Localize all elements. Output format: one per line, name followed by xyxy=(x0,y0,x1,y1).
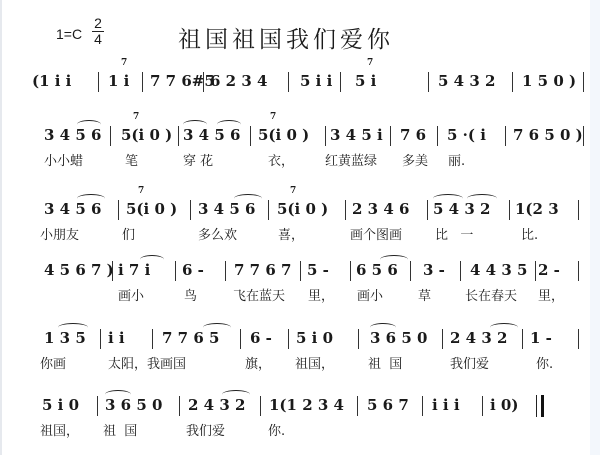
lyric-text: 祖 国 xyxy=(103,420,137,439)
measure-notes: (1 i i xyxy=(32,70,71,92)
measure-notes: 2 3 4 6 xyxy=(352,198,409,220)
notation-line: 5 i 03 6 5 02 4 3 21(1 2 3 45 6 7i i ii … xyxy=(0,394,590,420)
measure-notes: 5(i 0 ) xyxy=(121,124,172,146)
lyric-text: 喜， xyxy=(278,224,304,243)
lyric-text: 多美 xyxy=(402,150,428,169)
song-title: 祖国祖国我们爱你 xyxy=(178,21,394,54)
lyric-text: 丽. xyxy=(448,150,465,169)
lyrics-line: 小朋友们多么欢喜，画个图画比 一比. xyxy=(0,224,590,244)
end-barline xyxy=(583,72,584,92)
measure-notes: 7 6 xyxy=(400,124,426,146)
barline xyxy=(100,329,101,349)
measure-notes: i i i xyxy=(432,394,460,416)
lyric-text: 小朋友 xyxy=(40,224,79,243)
lyric-text: 比 一 xyxy=(435,224,473,243)
barline xyxy=(427,200,428,220)
barline xyxy=(422,396,423,416)
lyric-text: 比. xyxy=(521,224,538,243)
barline xyxy=(250,126,251,146)
barline xyxy=(112,261,113,281)
barline xyxy=(512,72,513,92)
measure-notes: i 0) xyxy=(490,394,518,416)
barline xyxy=(350,261,351,281)
grace-note: 7 xyxy=(270,112,276,122)
lyrics-line: 小小蜡笔穿 花衣，红黄蓝绿多美丽. xyxy=(0,150,590,170)
lyric-text: 衣， xyxy=(268,150,294,169)
slur-arc xyxy=(105,390,131,399)
lyric-text: 画个图画 xyxy=(350,224,402,243)
key-signature: 1=C xyxy=(56,26,82,42)
lyric-text: 太阳，我画国 xyxy=(108,353,186,372)
measure-notes: 5 i 0 xyxy=(42,394,79,416)
barline xyxy=(358,329,359,349)
measure-notes: 2 - xyxy=(538,259,560,281)
lyric-text: 画小 xyxy=(357,285,383,304)
measure-notes: 4 5 6 7 ) xyxy=(44,259,114,281)
barline xyxy=(178,126,179,146)
barline xyxy=(345,200,346,220)
lyrics-line: 祖国，祖 国我们爱你. xyxy=(0,420,590,440)
barline xyxy=(442,329,443,349)
measure-notes: 7 7 6#5 xyxy=(150,70,215,92)
measure-notes: 5 ·( i xyxy=(447,124,486,146)
final-double-barline xyxy=(536,395,544,417)
lyric-text: 我们爱 xyxy=(186,420,225,439)
notation-line: 3 4 5 65(i 0 )3 4 5 65(i 0 )2 3 4 65 4 3… xyxy=(0,198,590,224)
slur-arc xyxy=(217,120,241,129)
barline xyxy=(410,261,411,281)
barline xyxy=(428,72,429,92)
barline xyxy=(325,126,326,146)
measure-notes: 6 - xyxy=(250,327,272,349)
slur-arc xyxy=(370,323,396,332)
right-margin-band xyxy=(590,0,600,455)
lyric-text: 笔 xyxy=(125,150,138,169)
measure-notes: 5 - xyxy=(307,259,329,281)
barline xyxy=(340,72,341,92)
slur-arc xyxy=(467,194,497,203)
barline xyxy=(98,72,99,92)
end-barline xyxy=(583,126,584,146)
slur-arc xyxy=(433,194,463,203)
barline xyxy=(240,329,241,349)
lyric-text: 你画 xyxy=(40,353,66,372)
slur-arc xyxy=(77,120,101,129)
measure-notes: 1 i xyxy=(108,70,129,92)
lyrics-line: 画小鸟飞在蓝天里，画小草长在春天里， xyxy=(0,285,590,305)
barline xyxy=(179,396,180,416)
barline xyxy=(288,72,289,92)
slur-arc xyxy=(234,194,262,203)
notation-line: 4 5 6 7 )i 7 i6 -7 7 6 75 -6 5 63 -4 4 3… xyxy=(0,259,590,285)
measure-notes: 5 i 0 xyxy=(296,327,333,349)
lyric-text: 画小 xyxy=(118,285,144,304)
measure-notes: 6 2 3 4 xyxy=(210,70,267,92)
barline xyxy=(509,200,510,220)
barline xyxy=(225,261,226,281)
measure-notes: 1(2 3 xyxy=(515,198,559,220)
barline xyxy=(190,200,191,220)
lyric-text: 多么欢 xyxy=(198,224,237,243)
barline xyxy=(288,329,289,349)
measure-notes: 3 4 5 i xyxy=(330,124,383,146)
lyric-text: 祖国， xyxy=(295,353,334,372)
measure-notes: 5(i 0 ) xyxy=(258,124,309,146)
time-signature: 2 4 xyxy=(91,16,105,47)
barline xyxy=(152,329,153,349)
time-signature-numerator: 2 xyxy=(94,15,102,31)
lyric-text: 我们爱 xyxy=(450,353,489,372)
grace-note: 7 xyxy=(133,112,139,122)
barline xyxy=(437,126,438,146)
measure-notes: 5 4 3 2 xyxy=(438,70,495,92)
measure-notes: 7 6 5 0 ) xyxy=(513,124,583,146)
end-barline xyxy=(578,200,579,220)
barline xyxy=(110,126,111,146)
measure-notes: 4 4 3 5 xyxy=(470,259,527,281)
lyric-text: 里， xyxy=(308,285,334,304)
measure-notes: i i xyxy=(108,327,125,349)
slur-arc xyxy=(203,323,231,332)
barline xyxy=(522,329,523,349)
lyric-text: 红黄蓝绿 xyxy=(325,150,377,169)
barline xyxy=(300,261,301,281)
lyrics-line: 你画太阳，我画国旗，祖国，祖 国我们爱你. xyxy=(0,353,590,373)
measure-notes: 1(1 2 3 4 xyxy=(269,394,344,416)
notation-line: (1 i i1 i7 7 6#56 2 3 45 i i5 i5 4 3 21 … xyxy=(0,70,590,96)
barline xyxy=(97,396,98,416)
notation-line: 1 3 5i i7 7 6 56 -5 i 03 6 5 02 4 3 21 - xyxy=(0,327,590,353)
end-barline xyxy=(578,329,579,349)
barline xyxy=(268,200,269,220)
barline xyxy=(260,396,261,416)
measure-notes: 7 7 6 7 xyxy=(234,259,291,281)
lyric-text: 你. xyxy=(536,353,553,372)
slur-arc xyxy=(183,120,207,129)
lyric-text: 长在春天 xyxy=(465,285,517,304)
slur-arc xyxy=(490,323,518,332)
slur-arc xyxy=(222,390,250,399)
lyric-text: 祖 国 xyxy=(368,353,402,372)
lyric-text: 祖国， xyxy=(40,420,79,439)
measure-notes: 5(i 0 ) xyxy=(277,198,328,220)
slur-arc xyxy=(58,323,88,332)
lyric-text: 旗， xyxy=(245,353,271,372)
lyric-text: 你. xyxy=(268,420,285,439)
lyric-text: 穿 花 xyxy=(183,150,213,169)
measure-notes: 5(i 0 ) xyxy=(126,198,177,220)
measure-notes: 5 i i xyxy=(300,70,332,92)
lyric-text: 鸟 xyxy=(184,285,197,304)
slur-arc xyxy=(77,194,105,203)
grace-note: 7 xyxy=(290,186,296,196)
measure-notes: 6 - xyxy=(182,259,204,281)
measure-notes: 5 i xyxy=(355,70,376,92)
lyric-text: 小小蜡 xyxy=(44,150,83,169)
barline xyxy=(390,126,391,146)
barline xyxy=(505,126,506,146)
lyric-text: 草 xyxy=(418,285,431,304)
grace-note: 7 xyxy=(138,186,144,196)
barline xyxy=(203,72,204,92)
barline xyxy=(535,261,536,281)
grace-note: 7 xyxy=(367,58,373,68)
barline xyxy=(142,72,143,92)
lyric-text: 里， xyxy=(538,285,564,304)
lyric-text: 们 xyxy=(122,224,135,243)
lyrics-line xyxy=(0,96,590,116)
barline xyxy=(118,200,119,220)
time-signature-denominator: 4 xyxy=(94,31,102,47)
slur-arc xyxy=(140,255,164,264)
measure-notes: 3 - xyxy=(423,259,445,281)
lyric-text: 飞在蓝天 xyxy=(233,285,285,304)
end-barline xyxy=(578,261,579,281)
measure-notes: 1 - xyxy=(530,327,552,349)
barline xyxy=(460,261,461,281)
barline xyxy=(175,261,176,281)
measure-notes: 1 5 0 ) xyxy=(522,70,576,92)
notation-line: 3 4 5 65(i 0 )3 4 5 65(i 0 )3 4 5 i7 65 … xyxy=(0,124,590,150)
grace-note: 7 xyxy=(121,58,127,68)
barline xyxy=(482,396,483,416)
slur-arc xyxy=(380,255,408,264)
barline xyxy=(357,396,358,416)
measure-notes: 5 6 7 xyxy=(367,394,409,416)
